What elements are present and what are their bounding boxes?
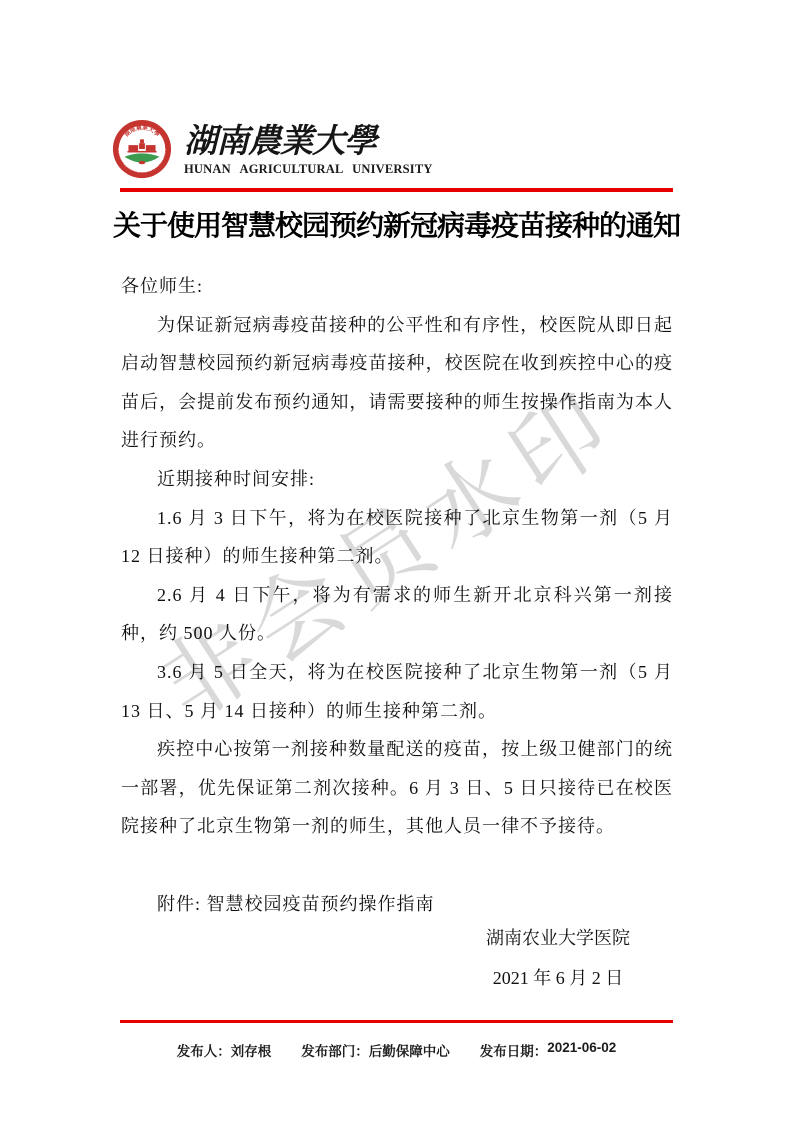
notice-body: 各位师生: 为保证新冠病毒疫苗接种的公平性和有序性，校医院从即日起启动智慧校园预… [121,267,673,923]
footer-date-value: 2021-06-02 [547,1040,616,1060]
signature-block: 湖南农业大学医院 2021 年 6 月 2 日 [463,918,653,998]
footer-divider-line [120,1020,673,1023]
body-paragraph: 为保证新冠病毒疫苗接种的公平性和有序性，校医院从即日起启动智慧校园预约新冠病毒疫… [121,306,673,460]
body-paragraph: 近期接种时间安排: [121,460,673,499]
footer-meta-row: 发布人： 刘存根 发布部门： 后勤保障中心 发布日期： 2021-06-02 [120,1040,673,1060]
body-paragraph: 疾控中心按第一剂接种数量配送的疫苗，按上级卫健部门的统一部署，优先保证第二剂次接… [121,730,673,846]
footer-publisher-label: 发布人： [177,1040,231,1060]
body-paragraphs: 为保证新冠病毒疫苗接种的公平性和有序性，校医院从即日起启动智慧校园预约新冠病毒疫… [121,306,673,846]
footer-publisher-value: 刘存根 [231,1040,272,1060]
signature-date: 2021 年 6 月 2 日 [463,958,653,998]
notice-title: 关于使用智慧校园预约新冠病毒疫苗接种的通知 [110,204,683,244]
header-divider-line [120,188,673,192]
university-wordmark: 湖南農業大學 HUNAN AGRICULTURAL UNIVERSITY [184,118,433,177]
salutation: 各位师生: [121,267,673,306]
university-name-zh: 湖南農業大學 [184,121,433,161]
notice-document-page: 非会员水印 湖南農業大學 [0,0,793,1122]
footer-department-label: 发布部门： [301,1040,369,1060]
body-paragraph: 2.6 月 4 日下午，将为有需求的师生新开北京科兴第一剂接种，约 500 人份… [121,576,673,653]
footer-date: 发布日期： 2021-06-02 [480,1040,617,1060]
footer-publisher: 发布人： 刘存根 [177,1040,272,1060]
signature-organization: 湖南农业大学医院 [463,918,653,958]
footer-department: 发布部门： 后勤保障中心 [301,1040,450,1060]
body-paragraph: 1.6 月 3 日下午，将为在校医院接种了北京生物第一剂（5 月 12 日接种）… [121,499,673,576]
footer-date-label: 发布日期： [480,1040,548,1060]
seal-banner-shape [139,161,146,164]
body-paragraph: 3.6 月 5 日全天，将为在校医院接种了北京生物第一剂（5 月 13 日、5 … [121,653,673,730]
university-name-en: HUNAN AGRICULTURAL UNIVERSITY [184,162,433,177]
university-seal-logo: 湖南農業大學 HUNAN AGRICULTURAL UNIVERSITY [111,118,173,180]
university-header: 湖南農業大學 HUNAN AGRICULTURAL UNIVERSITY 湖南農… [111,118,433,180]
footer-department-value: 后勤保障中心 [369,1040,450,1060]
